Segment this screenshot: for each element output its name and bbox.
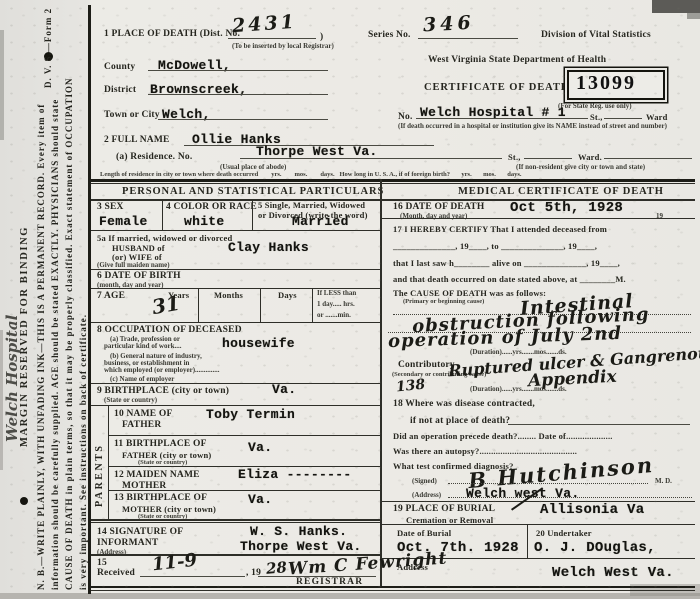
father-birthplace-note: (State or country) <box>138 459 187 466</box>
registrar-note: (To be inserted by local Registrar) <box>232 42 334 50</box>
date-of-birth-label: 6 DATE OF BIRTH <box>97 271 181 281</box>
received-number: 15 <box>97 558 107 568</box>
scan-edge-shadow <box>0 30 4 140</box>
father-name-label-line2: FATHER <box>122 420 161 430</box>
margin-note-line1: N. B.—WRITE PLAINLY, WITH UNFADING INK—T… <box>36 104 46 590</box>
certify-line3: that I last saw h________ alive on _____… <box>393 258 620 268</box>
occupation-b-line3: which employed (or employer)............… <box>104 366 220 374</box>
divider-line <box>91 405 380 406</box>
informant-label-line1: 14 SIGNATURE OF <box>97 527 183 537</box>
district-number-value: 2431 <box>231 11 297 37</box>
blank-line <box>416 118 588 119</box>
informant-signature-value: W. S. Hanks. <box>250 524 347 539</box>
occupation-value: housewife <box>222 336 295 351</box>
blank-line <box>604 118 642 119</box>
divider-line <box>380 501 695 502</box>
blank-line <box>418 38 518 39</box>
disease-contracted-label-line1: 18 Where was disease contracted, <box>393 399 535 409</box>
birthplace-note: (State or country) <box>104 396 157 404</box>
occupation-a-line2: particular kind of work.... <box>104 342 181 350</box>
certify-line2: ______________, 19____, to _____________… <box>393 241 597 251</box>
certificate-title: CERTIFICATE OF DEATH <box>424 82 570 93</box>
town-label: Town or City <box>104 110 160 120</box>
days-column-label: Days <box>278 290 297 300</box>
disease-contracted-label-line2: if not at place of death? <box>410 416 510 426</box>
received-date-value: 11-9 <box>151 550 198 576</box>
operation-precede-label: Did an operation precede death?........ … <box>393 431 613 441</box>
age-value: 31 <box>150 291 182 319</box>
father-name-label-line1: 10 NAME OF <box>114 409 172 419</box>
residence-label: (a) Residence. No. <box>116 152 192 162</box>
father-birthplace-label-line1: 11 BIRTHPLACE OF <box>114 439 207 449</box>
marital-label-line1: 5 Single, Married, Widowed <box>258 200 365 210</box>
if-less-label-line2: 1 day..... hrs. <box>317 300 355 308</box>
divider-line <box>91 230 380 231</box>
sex-label: 3 SEX <box>97 202 124 212</box>
ink-dot <box>20 497 28 505</box>
medical-section-header: MEDICAL CERTIFICATE OF DEATH <box>458 186 664 197</box>
divider-line <box>91 383 380 384</box>
cause-of-death-label: The CAUSE OF DEATH was as follows: <box>393 288 546 298</box>
blank-line <box>604 158 692 159</box>
received-label: Received <box>97 568 135 578</box>
blank-line <box>228 38 316 39</box>
contributory-label: Contributory <box>398 360 455 370</box>
undertaker-value: O. J. DOuglas, <box>534 540 656 556</box>
cause-primary-note: (Primary or beginning cause) <box>403 298 484 305</box>
margin-binding-note: MARGIN RESERVED FOR BINDING <box>19 226 30 447</box>
mother-maiden-value: Eliza -------- <box>238 467 351 482</box>
cell-divider <box>252 199 253 230</box>
personal-section-header: PERSONAL AND STATISTICAL PARTICULARS <box>122 186 384 197</box>
binding-border-line <box>88 5 91 594</box>
place-of-death-label: 1 PLACE OF DEATH (Dist. No. <box>104 29 240 39</box>
father-birthplace-value: Va. <box>248 440 272 455</box>
received-year-value: 28 <box>265 558 287 578</box>
hospital-no-label: No. <box>398 112 413 122</box>
residence-street-label: St., <box>508 152 521 162</box>
color-race-label: 4 COLOR OR RACE <box>166 202 257 212</box>
hospital-note: (If death occurred in a hospital or inst… <box>398 122 667 130</box>
scan-corner-artifact <box>687 13 700 19</box>
death-certificate-scan: Welch Hospital MARGIN RESERVED FOR BINDI… <box>0 0 700 599</box>
dotted-line <box>448 483 648 484</box>
blank-line <box>140 576 245 577</box>
nonresident-note: (If non-resident give city or town and s… <box>516 163 645 171</box>
cell-divider <box>162 199 163 230</box>
certify-line4: and that death occurred on date stated a… <box>393 274 626 284</box>
blank-line <box>508 424 690 425</box>
divider-line <box>380 524 695 525</box>
mother-maiden-label-line1: 12 MAIDEN NAME <box>114 470 200 480</box>
residence-value: Thorpe West Va. <box>256 144 378 159</box>
length-of-residence-note: Length of residence in city or town wher… <box>100 171 522 178</box>
certify-line1: 17 I HEREBY CERTIFY That I attended dece… <box>393 224 607 234</box>
age-label: 7 AGE <box>97 291 125 301</box>
district-label: District <box>104 85 136 95</box>
undertaker-label: 20 Undertaker <box>536 528 592 538</box>
duration-line2: (Duration)......yrs.......mos.......ds. <box>470 385 567 393</box>
department-label: West Virginia State Department of Health <box>428 55 606 65</box>
divider-line <box>108 490 380 491</box>
date-of-burial-label: Date of Burial <box>397 528 451 538</box>
if-less-label-line3: or .......min. <box>317 311 351 319</box>
contributory-code-value: 138 <box>395 377 426 396</box>
divider-line <box>91 179 695 182</box>
divider-line <box>108 435 380 436</box>
blank-line <box>148 70 328 71</box>
scan-bottom-band <box>0 593 700 599</box>
cell-divider <box>312 288 313 322</box>
division-label: Division of Vital Statistics <box>541 30 651 40</box>
undertaker-address-value: Welch West Va. <box>552 565 674 581</box>
residence-ward-label: Ward. <box>578 152 602 162</box>
father-name-value: Toby Termin <box>206 407 295 422</box>
county-label: County <box>104 62 135 72</box>
divider-line <box>91 322 380 323</box>
sex-value: Female <box>99 214 148 229</box>
series-label: Series No. <box>368 30 411 40</box>
birthplace-label: 9 BIRTHPLACE (city or town) <box>97 386 229 396</box>
spouse-section-label: 5a If married, widowed or divorced <box>97 233 232 243</box>
series-number-value: 346 <box>422 12 475 37</box>
margin-form-number: D. V. S.—Form 2 <box>43 8 53 88</box>
place-close-paren: ) <box>320 32 323 42</box>
margin-note-line2: information should be carefully supplied… <box>50 99 60 590</box>
spouse-value: Clay Hanks <box>228 240 309 255</box>
signed-label: (Signed) <box>412 477 437 485</box>
informant-address-value: Thorpe West Va. <box>240 539 362 554</box>
if-less-label-line1: If LESS than <box>317 289 356 297</box>
blank-line <box>524 158 572 159</box>
cell-divider <box>198 288 199 322</box>
scan-corner-artifact <box>652 0 700 13</box>
parents-inner-border <box>108 405 109 520</box>
occupation-label: 8 OCCUPATION OF DECEASED <box>97 325 242 335</box>
dotted-line <box>448 497 692 498</box>
divider-line <box>91 590 695 591</box>
full-name-label: 2 FULL NAME <box>104 135 170 145</box>
divider-line <box>91 586 695 588</box>
occupation-c-label: (c) Name of employer <box>110 375 174 383</box>
autopsy-label: Was there an autopsy?...................… <box>393 446 577 456</box>
divider-line <box>91 519 380 521</box>
date-of-death-value: Oct 5th, 1928 <box>510 200 623 216</box>
mother-birthplace-value: Va. <box>248 492 272 507</box>
margin-note-line3: CAUSE OF DEATH in plain terms, so that i… <box>64 78 74 590</box>
maiden-name-note: (Give full maiden name) <box>97 261 170 269</box>
state-reg-note: (For State Reg. use only) <box>558 102 632 110</box>
place-of-burial-value: Allisonia Va <box>540 502 644 518</box>
cell-divider <box>260 288 261 322</box>
divider-line <box>91 522 380 523</box>
marital-value: Married <box>292 214 349 229</box>
divider-line <box>91 183 695 184</box>
blank-line <box>148 94 328 95</box>
ward-label: Ward <box>646 112 668 122</box>
street-label: St., <box>590 112 603 122</box>
physician-address-label: (Address) <box>412 491 441 499</box>
color-race-value: white <box>184 214 225 229</box>
md-label: M. D. <box>655 477 672 485</box>
divider-line <box>91 269 380 270</box>
physician-address-value: Welch west Va. <box>466 486 579 501</box>
abode-note: (Usual place of abode) <box>220 163 286 171</box>
blank-line <box>158 119 328 120</box>
certificate-number: 13099 <box>576 72 636 95</box>
mother-birthplace-label-line1: 13 BIRTHPLACE OF <box>114 493 207 503</box>
date-of-death-label: 16 DATE OF DEATH <box>393 202 484 212</box>
months-column-label: Months <box>214 290 243 300</box>
place-of-burial-label: 19 PLACE OF BURIAL <box>393 504 495 514</box>
birthplace-value: Va. <box>272 382 296 397</box>
blank-line <box>240 158 502 159</box>
divider-line <box>380 218 695 219</box>
margin-note-line4: is very important. See instructions on b… <box>78 314 88 590</box>
cell-divider <box>527 524 528 558</box>
informant-label-line2: INFORMANT <box>97 538 158 548</box>
parents-group-label: PARENTS <box>94 444 105 507</box>
